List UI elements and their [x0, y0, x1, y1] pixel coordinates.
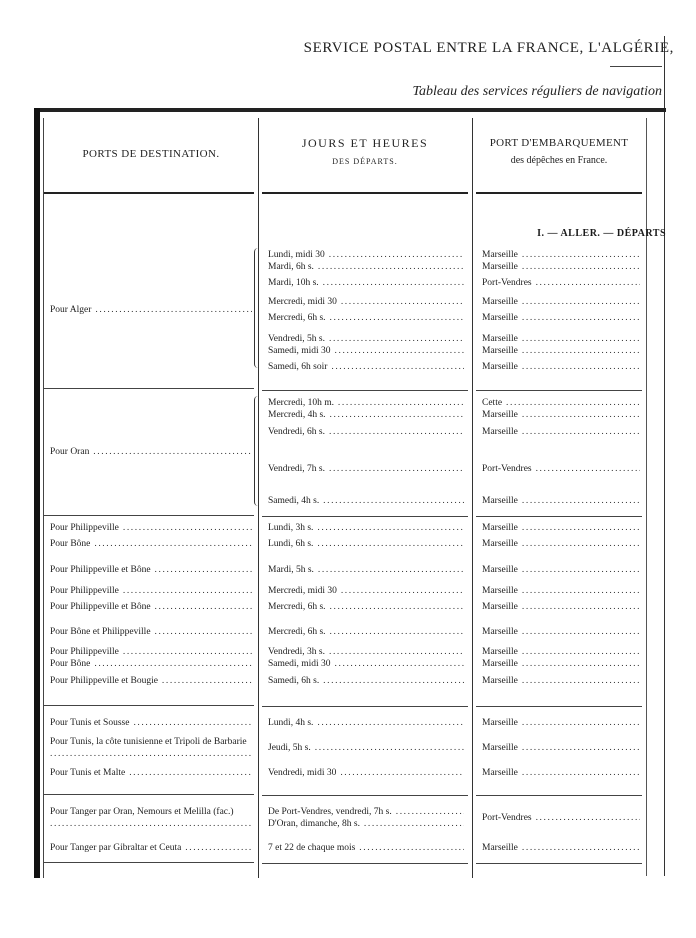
- day-cell: Mardi, 5h s.: [268, 564, 464, 576]
- day-cell: Vendredi, 3h s.: [268, 646, 464, 658]
- port-cell: Marseille: [482, 658, 640, 670]
- brace: [254, 248, 259, 368]
- column-header-port: PORT D'EMBARQUEMENTdes dépêches en Franc…: [472, 137, 646, 166]
- group-separator: [262, 516, 468, 517]
- destination-cell: Pour Philippeville et Bougie: [50, 675, 252, 687]
- port-cell: Port-Vendres: [482, 277, 640, 289]
- page-title: SERVICE POSTAL ENTRE LA FRANCE, L'ALGÉRI…: [262, 40, 674, 57]
- destination-cell: Pour Philippeville: [50, 522, 252, 534]
- page-edge-line: [664, 36, 665, 876]
- day-cell: Lundi, 6h s.: [268, 538, 464, 550]
- destination-cell: Pour Bône: [50, 538, 252, 550]
- port-cell: Marseille: [482, 646, 640, 658]
- day-cell: D'Oran, dimanche, 8h s.: [268, 818, 464, 830]
- port-cell: Marseille: [482, 312, 640, 324]
- destination-cell: Pour Bône: [50, 658, 252, 670]
- group-separator: [262, 706, 468, 707]
- port-cell: Marseille: [482, 495, 640, 507]
- port-cell: Marseille: [482, 409, 640, 421]
- port-cell: Marseille: [482, 522, 640, 534]
- brace: [254, 396, 259, 506]
- port-cell: Marseille: [482, 675, 640, 687]
- group-separator: [44, 705, 254, 706]
- port-cell: Marseille: [482, 742, 640, 754]
- destination-cell: Pour Philippeville et Bône: [50, 564, 252, 576]
- section-heading: I. — ALLER. — DÉPARTS: [470, 228, 666, 239]
- destination-cell: Pour Bône et Philippeville: [50, 626, 252, 638]
- day-cell: Vendredi, 5h s.: [268, 333, 464, 345]
- destination-cell: Pour Tunis et Sousse: [50, 717, 252, 729]
- port-cell: Cette: [482, 397, 640, 409]
- port-cell: Marseille: [482, 261, 640, 273]
- group-separator: [476, 706, 642, 707]
- group-separator: [476, 390, 642, 391]
- port-cell: Marseille: [482, 333, 640, 345]
- header-sublabel: DES DÉPARTS.: [258, 157, 472, 166]
- port-cell: Port-Vendres: [482, 463, 640, 475]
- destination-cell: Pour Oran: [50, 446, 252, 458]
- title-rule: [610, 66, 662, 67]
- port-cell: Marseille: [482, 767, 640, 779]
- day-cell: Lundi, 3h s.: [268, 522, 464, 534]
- group-separator: [262, 795, 468, 796]
- table-frame-inner: [43, 118, 44, 878]
- page-subtitle: Tableau des services réguliers de naviga…: [300, 84, 662, 100]
- day-cell: 7 et 22 de chaque mois: [268, 842, 464, 854]
- port-cell: Marseille: [482, 585, 640, 597]
- day-cell: Vendredi, midi 30: [268, 767, 464, 779]
- header-sublabel: des dépêches en France.: [472, 155, 646, 166]
- day-cell: Mercredi, midi 30: [268, 296, 464, 308]
- day-cell: Lundi, 4h s.: [268, 717, 464, 729]
- header-label: PORTS DE DESTINATION.: [83, 148, 220, 160]
- day-cell: Vendredi, 6h s.: [268, 426, 464, 438]
- day-cell: Mardi, 6h s.: [268, 261, 464, 273]
- header-rule: [262, 192, 468, 194]
- column-header-days: JOURS ET HEURESDES DÉPARTS.: [258, 136, 472, 166]
- port-cell: Marseille: [482, 717, 640, 729]
- day-cell: De Port-Vendres, vendredi, 7h s.: [268, 806, 464, 818]
- destination-cell: Pour Tunis, la côte tunisienne et Tripol…: [50, 736, 252, 760]
- group-separator: [476, 516, 642, 517]
- day-cell: Samedi, 6h s.: [268, 675, 464, 687]
- table-frame-top: [34, 108, 666, 112]
- day-cell: Mercredi, 4h s.: [268, 409, 464, 421]
- group-separator: [44, 862, 254, 863]
- destination-cell: Pour Tanger par Oran, Nemours et Melilla…: [50, 806, 252, 830]
- day-cell: Mercredi, 6h s.: [268, 601, 464, 613]
- day-cell: Samedi, 6h soir: [268, 361, 464, 373]
- column-header-destination: PORTS DE DESTINATION.: [44, 148, 258, 160]
- day-cell: Samedi, midi 30: [268, 658, 464, 670]
- group-separator: [44, 794, 254, 795]
- port-cell: Marseille: [482, 361, 640, 373]
- destination-cell: Pour Philippeville: [50, 585, 252, 597]
- day-cell: Mercredi, 6h s.: [268, 312, 464, 324]
- port-cell: Marseille: [482, 296, 640, 308]
- day-cell: Samedi, 4h s.: [268, 495, 464, 507]
- day-cell: Mercredi, 10h m.: [268, 397, 464, 409]
- port-cell: Marseille: [482, 601, 640, 613]
- port-cell: Port-Vendres: [482, 812, 640, 824]
- day-cell: Jeudi, 5h s.: [268, 742, 464, 754]
- header-label: PORT D'EMBARQUEMENT: [490, 137, 629, 149]
- destination-cell: Pour Tunis et Malte: [50, 767, 252, 779]
- day-cell: Mardi, 10h s.: [268, 277, 464, 289]
- port-cell: Marseille: [482, 249, 640, 261]
- day-cell: Mercredi, 6h s.: [268, 626, 464, 638]
- group-separator: [476, 863, 642, 864]
- port-cell: Marseille: [482, 345, 640, 357]
- group-separator: [44, 388, 254, 389]
- table-frame-left: [34, 108, 40, 878]
- group-separator: [44, 515, 254, 516]
- group-separator: [476, 795, 642, 796]
- day-cell: Lundi, midi 30: [268, 249, 464, 261]
- port-cell: Marseille: [482, 426, 640, 438]
- destination-cell: Pour Philippeville et Bône: [50, 601, 252, 613]
- port-cell: Marseille: [482, 564, 640, 576]
- destination-cell: Pour Tanger par Gibraltar et Ceuta: [50, 842, 252, 854]
- destination-cell: Pour Philippeville: [50, 646, 252, 658]
- port-cell: Marseille: [482, 626, 640, 638]
- day-cell: Samedi, midi 30: [268, 345, 464, 357]
- header-rule: [476, 192, 642, 194]
- section-heading-text: I. — ALLER. — DÉPARTS: [537, 228, 666, 239]
- header-label: JOURS ET HEURES: [302, 136, 428, 150]
- group-separator: [262, 390, 468, 391]
- day-cell: Mercredi, midi 30: [268, 585, 464, 597]
- port-cell: Marseille: [482, 842, 640, 854]
- header-rule: [44, 192, 254, 194]
- destination-cell: Pour Alger: [50, 304, 252, 316]
- group-separator: [262, 863, 468, 864]
- port-cell: Marseille: [482, 538, 640, 550]
- day-cell: Vendredi, 7h s.: [268, 463, 464, 475]
